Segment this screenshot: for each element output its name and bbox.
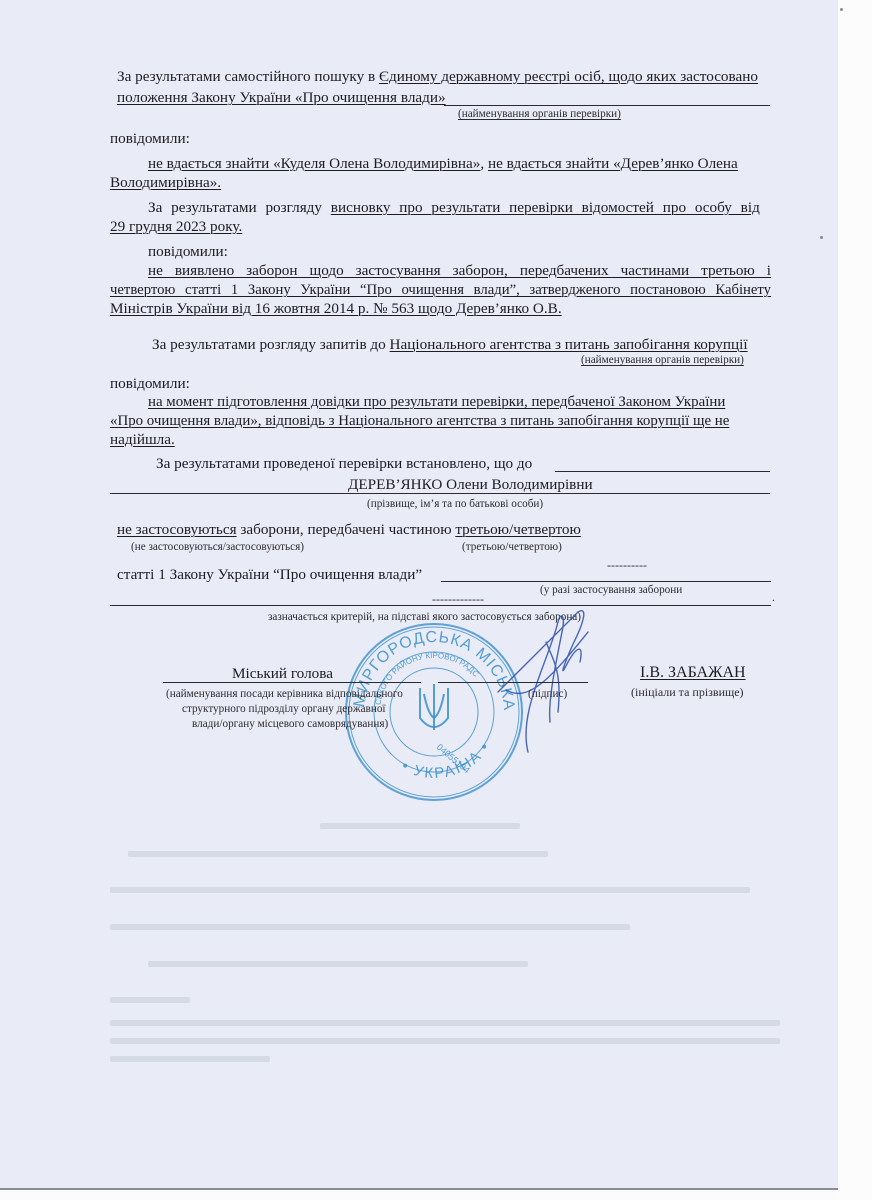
applies-line: не застосовуються заборони, передбачені … <box>117 521 581 539</box>
position-title: Міський голова <box>232 665 333 683</box>
position-caption-1: (найменування посади керівника відповіда… <box>166 688 403 701</box>
scan-speck <box>840 8 843 11</box>
part-value: третьою/четвертою <box>455 521 581 538</box>
conclusion-result-line-3: Міністрів України від 16 жовтня 2014 р. … <box>110 300 562 318</box>
registry-line-2: положення Закону України «Про очищення в… <box>117 89 446 107</box>
applies-caption: (не застосовуються/застосовуються) <box>131 541 304 554</box>
part-caption: (третьою/четвертою) <box>462 541 562 554</box>
bleed-through-text <box>110 887 750 893</box>
signature-caption: (підпис) <box>528 688 567 701</box>
fill-line <box>110 605 771 606</box>
bleed-through-text <box>110 1056 270 1062</box>
ban-caption-1: (у разі застосування заборони <box>540 584 682 597</box>
fill-line <box>555 471 770 472</box>
registry-name: Єдиному державному реєстрі осіб, щодо як… <box>379 68 758 85</box>
bleed-through-text <box>148 961 528 967</box>
conclusion-date: 29 грудня 2023 року. <box>110 218 242 236</box>
registry-result-line-1: не вдається знайти «Куделя Олена Володим… <box>148 155 738 173</box>
dashes-placeholder: ---------- <box>607 558 647 573</box>
position-caption-2: структурного підрозділу органу державної <box>182 703 386 716</box>
law-line: статті 1 Закону України “Про очищення вл… <box>117 566 422 584</box>
scan-speck <box>820 236 823 239</box>
fill-line <box>444 105 770 106</box>
bleed-through-text <box>110 997 190 1003</box>
reported-label-2: повідомили: <box>148 243 228 261</box>
nazk-result-line-3: надійшла. <box>110 431 175 449</box>
trailing-dot: . <box>772 592 775 605</box>
nazk-caption: (найменування органів перевірки) <box>581 354 744 367</box>
nazk-line-1: За результатами розгляду запитів до Наці… <box>152 336 748 354</box>
bleed-through-text <box>110 1020 780 1026</box>
reported-label-3: повідомили: <box>110 375 190 393</box>
reported-label-1: повідомили: <box>110 130 190 148</box>
nazk-result-line-2: «Про очищення влади», відповідь з Націон… <box>110 412 729 430</box>
registry-caption: (найменування органів перевірки) <box>458 108 621 121</box>
signature-line <box>438 682 588 683</box>
signer-name: І.В. ЗАБАЖАН <box>640 664 746 682</box>
person-caption: (прізвище, ім’я та по батькові особи) <box>367 498 543 511</box>
bleed-through-text <box>110 924 630 930</box>
verdict-line-1: За результатами проведеної перевірки вст… <box>156 455 532 473</box>
registry-line-1: За результатами самостійного пошуку в Єд… <box>117 68 758 86</box>
conclusion-result-line-1: не виявлено заборон щодо застосування за… <box>148 262 771 280</box>
scanner-margin <box>838 0 872 1200</box>
registry-result-line-2: Володимирівна». <box>110 174 221 192</box>
svg-text:• УКРАЇНА •: • УКРАЇНА • <box>399 738 494 782</box>
fill-line <box>441 581 771 582</box>
position-caption-3: влади/органу місцевого самоврядування) <box>192 718 388 731</box>
conclusion-result-line-2: четвертою статті 1 Закону України “Про о… <box>110 281 771 299</box>
person-name: ДЕРЕВ’ЯНКО Олени Володимирівни <box>348 476 593 494</box>
signer-caption: (ініціали та прізвище) <box>631 686 744 699</box>
bleed-through-text <box>320 823 520 829</box>
bleed-through-text <box>110 1038 780 1044</box>
bleed-through-text <box>128 851 548 857</box>
applies-value: не застосовуються <box>117 521 237 538</box>
conclusion-line-1: За результатами розгляду висновку про ре… <box>148 199 771 217</box>
nazk-result-line-1: на момент підготовлення довідки про резу… <box>148 393 725 411</box>
